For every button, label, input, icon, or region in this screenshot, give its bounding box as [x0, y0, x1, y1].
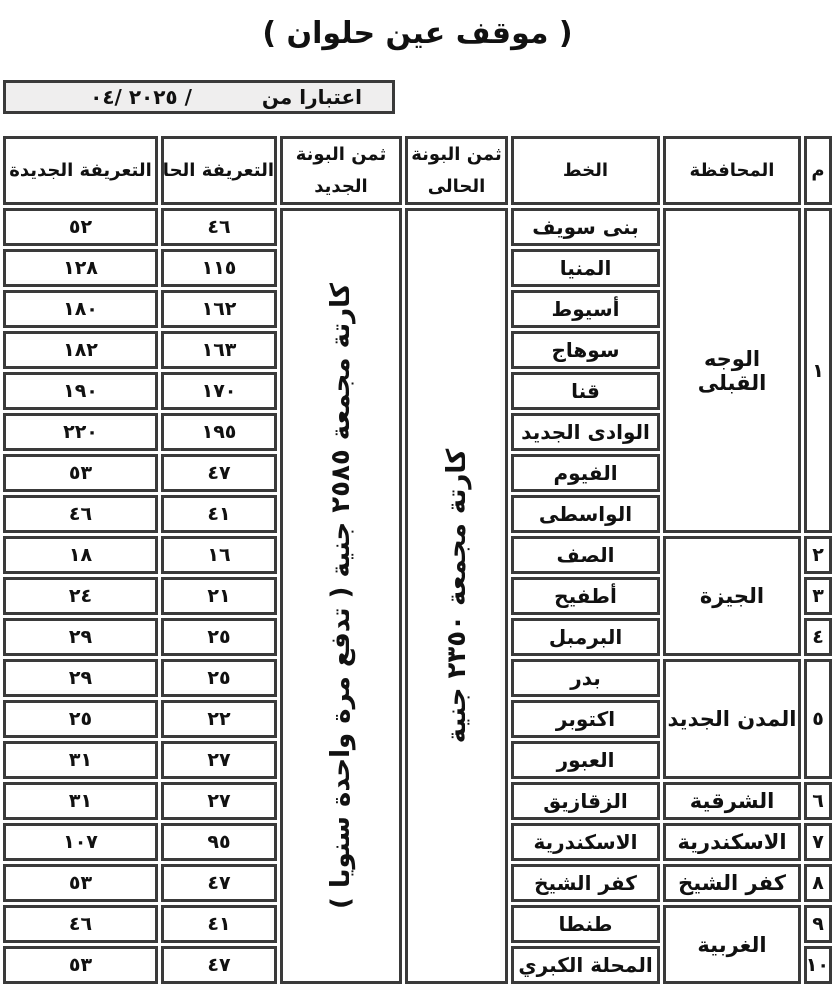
governorate-cell: المدن الجديد	[663, 659, 801, 779]
governorate-cell: الشرقية	[663, 782, 801, 820]
line-cell: المنيا	[511, 249, 660, 287]
effective-date-box: اعتبارا من ٢٠٢٥ /٠٤ /	[3, 80, 395, 114]
effective-date-value: ٢٠٢٥ /٠٤ /	[90, 85, 192, 109]
current-tariff-cell: ١١٥	[161, 249, 277, 287]
current-tariff-cell: ١٦	[161, 536, 277, 574]
current-tariff-cell: ٤٧	[161, 454, 277, 492]
line-cell: كفر الشيخ	[511, 864, 660, 902]
new-tariff-cell: ٥٣	[3, 864, 158, 902]
line-cell: طنطا	[511, 905, 660, 943]
line-cell: أسيوط	[511, 290, 660, 328]
line-cell: الفيوم	[511, 454, 660, 492]
current-tariff-cell: ٢٥	[161, 659, 277, 697]
row-number-cell: ٥	[804, 659, 832, 779]
row-number-cell: ٧	[804, 823, 832, 861]
line-cell: البرمبل	[511, 618, 660, 656]
header-row: م المحافظة الخط ثمن البونة الحالى ثمن ال…	[3, 136, 832, 205]
line-cell: الاسكندرية	[511, 823, 660, 861]
new-coupon-cell: كارتة مجمعة ٢٥٨٥ جنية ( تدفع مرة واحدة س…	[280, 208, 402, 984]
line-cell: بنى سويف	[511, 208, 660, 246]
header-coupon-current-line1: ثمن البونة	[411, 146, 502, 164]
governorate-cell: الغربية	[663, 905, 801, 984]
new-tariff-cell: ٢٤	[3, 577, 158, 615]
new-tariff-cell: ٣١	[3, 782, 158, 820]
current-tariff-cell: ٢٢	[161, 700, 277, 738]
new-tariff-cell: ٥٢	[3, 208, 158, 246]
current-tariff-cell: ١٩٥	[161, 413, 277, 451]
header-coupon-new-line1: ثمن البونة	[296, 146, 387, 164]
new-tariff-cell: ٣١	[3, 741, 158, 779]
line-cell: سوهاج	[511, 331, 660, 369]
new-tariff-cell: ١٨٢	[3, 331, 158, 369]
current-tariff-cell: ٤٧	[161, 864, 277, 902]
line-cell: الصف	[511, 536, 660, 574]
governorate-cell: الوجه القبلى	[663, 208, 801, 533]
current-tariff-cell: ١٦٢	[161, 290, 277, 328]
new-tariff-cell: ٥٣	[3, 454, 158, 492]
line-cell: بدر	[511, 659, 660, 697]
line-cell: الواسطى	[511, 495, 660, 533]
document-page: ( موقف عين حلوان ) اعتبارا من ٢٠٢٥ /٠٤ /…	[0, 0, 835, 987]
header-tariff-new: التعريفة الجديدة	[3, 136, 158, 205]
new-tariff-cell: ١٠٧	[3, 823, 158, 861]
line-cell: الوادى الجديد	[511, 413, 660, 451]
row-number-cell: ٣	[804, 577, 832, 615]
line-cell: الزقازيق	[511, 782, 660, 820]
line-cell: اكتوبر	[511, 700, 660, 738]
current-coupon-cell: كارتة مجمعة ٢٣٥٠ جنية	[405, 208, 508, 984]
header-coupon-new: ثمن البونة الجديد	[280, 136, 402, 205]
header-line: الخط	[511, 136, 660, 205]
current-tariff-cell: ٤٧	[161, 946, 277, 984]
row-number-cell: ١	[804, 208, 832, 533]
header-coupon-new-line2: الجديد	[314, 178, 367, 196]
current-tariff-cell: ٤٦	[161, 208, 277, 246]
line-cell: العبور	[511, 741, 660, 779]
current-tariff-cell: ٢٧	[161, 741, 277, 779]
current-tariff-cell: ٢٥	[161, 618, 277, 656]
line-cell: قنا	[511, 372, 660, 410]
new-tariff-cell: ٥٣	[3, 946, 158, 984]
governorate-cell: الجيزة	[663, 536, 801, 656]
new-tariff-cell: ٢٩	[3, 618, 158, 656]
row-number-cell: ٨	[804, 864, 832, 902]
current-coupon-note: كارتة مجمعة ٢٣٥٠ جنية	[442, 449, 472, 743]
row-number-cell: ٢	[804, 536, 832, 574]
current-tariff-cell: ١٧٠	[161, 372, 277, 410]
row-number-cell: ١٠	[804, 946, 832, 984]
line-cell: أطفيح	[511, 577, 660, 615]
table-row: ١ الوجه القبلى بنى سويف كارتة مجمعة ٢٣٥٠…	[3, 208, 832, 246]
current-tariff-cell: ٢٧	[161, 782, 277, 820]
page-title: ( موقف عين حلوان )	[0, 0, 835, 58]
current-tariff-cell: ٤١	[161, 495, 277, 533]
row-number-cell: ٦	[804, 782, 832, 820]
current-tariff-cell: ١٦٣	[161, 331, 277, 369]
header-coupon-current: ثمن البونة الحالى	[405, 136, 508, 205]
header-number: م	[804, 136, 832, 205]
new-tariff-cell: ٤٦	[3, 905, 158, 943]
governorate-cell: كفر الشيخ	[663, 864, 801, 902]
new-tariff-cell: ٢٥	[3, 700, 158, 738]
current-tariff-cell: ٤١	[161, 905, 277, 943]
tariff-table: م المحافظة الخط ثمن البونة الحالى ثمن ال…	[0, 133, 835, 987]
new-tariff-cell: ١٩٠	[3, 372, 158, 410]
new-tariff-cell: ١٨	[3, 536, 158, 574]
new-tariff-cell: ٤٦	[3, 495, 158, 533]
row-number-cell: ٩	[804, 905, 832, 943]
header-tariff-current: التعريفة الحالية	[161, 136, 277, 205]
new-tariff-cell: ٢٩	[3, 659, 158, 697]
current-tariff-cell: ٢١	[161, 577, 277, 615]
effective-date-label: اعتبارا من	[262, 85, 362, 109]
current-tariff-cell: ٩٥	[161, 823, 277, 861]
header-governorate: المحافظة	[663, 136, 801, 205]
line-cell: المحلة الكبري	[511, 946, 660, 984]
row-number-cell: ٤	[804, 618, 832, 656]
new-coupon-note: كارتة مجمعة ٢٥٨٥ جنية ( تدفع مرة واحدة س…	[326, 283, 356, 909]
header-coupon-current-line2: الحالى	[428, 178, 486, 196]
new-tariff-cell: ٢٢٠	[3, 413, 158, 451]
new-tariff-cell: ١٢٨	[3, 249, 158, 287]
governorate-cell: الاسكندرية	[663, 823, 801, 861]
new-tariff-cell: ١٨٠	[3, 290, 158, 328]
